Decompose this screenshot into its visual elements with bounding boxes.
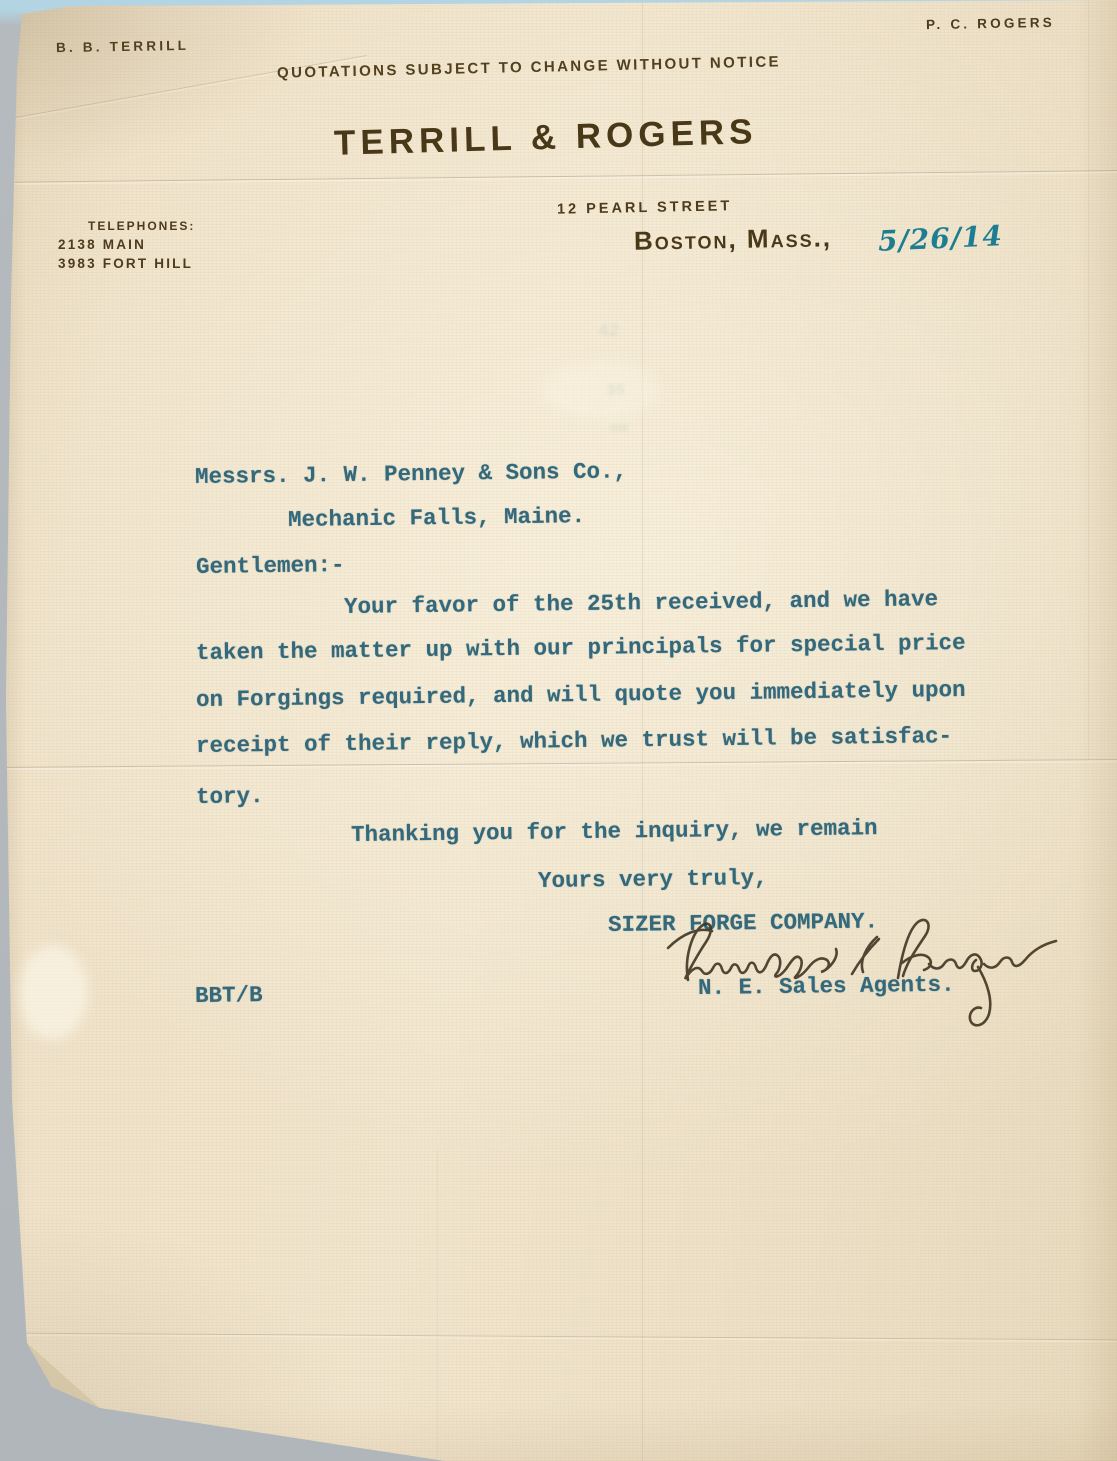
telephone-number: 3983 FORT HILL bbox=[58, 256, 193, 271]
scanned-letter-view: 42 35 em B. B. TERRILL P. C. ROGERS QUOT… bbox=[0, 0, 1117, 1461]
paper-stain bbox=[18, 945, 88, 1040]
letter-paper: 42 35 em B. B. TERRILL P. C. ROGERS QUOT… bbox=[0, 0, 1117, 1461]
salutation: Gentlemen:- bbox=[196, 552, 345, 580]
telephone-number: 2138 MAIN bbox=[58, 237, 146, 252]
agent-line: N. E. Sales Agents. bbox=[698, 972, 955, 1001]
fold-crease-bottom bbox=[0, 1333, 1117, 1343]
partner-name-left: B. B. TERRILL bbox=[56, 38, 189, 55]
ink-bleedthrough: em bbox=[610, 420, 628, 437]
closing-line: Thanking you for the inquiry, we remain bbox=[351, 815, 878, 848]
body-line: tory. bbox=[196, 783, 264, 810]
paper-edge bbox=[0, 8, 6, 158]
body-line: Your favor of the 25th received, and we … bbox=[344, 586, 938, 620]
company-title: TERRILL & ROGERS bbox=[334, 112, 758, 164]
closing-line: Yours very truly, bbox=[538, 865, 768, 894]
typist-reference: BBT/B bbox=[195, 982, 263, 1009]
handwritten-date: 5/26/14 bbox=[877, 219, 1003, 257]
recipient-line: Messrs. J. W. Penney & Sons Co., bbox=[195, 458, 627, 490]
telephones-label: TELEPHONES: bbox=[88, 219, 195, 233]
fold-crease-vertical-right bbox=[1088, 0, 1090, 760]
body-line: receipt of their reply, which we trust w… bbox=[196, 723, 952, 759]
street-address: 12 PEARL STREET bbox=[557, 198, 733, 217]
partner-name-right: P. C. ROGERS bbox=[926, 15, 1055, 32]
body-line: taken the matter up with our principals … bbox=[196, 630, 966, 666]
ink-bleedthrough: 42 bbox=[598, 322, 620, 342]
body-line: on Forgings required, and will quote you… bbox=[196, 677, 966, 713]
signer-company: SIZER FORGE COMPANY. bbox=[608, 908, 878, 938]
ink-bleedthrough: 35 bbox=[606, 382, 625, 400]
quotation-notice: QUOTATIONS SUBJECT TO CHANGE WITHOUT NOT… bbox=[277, 53, 781, 81]
fold-crease-top bbox=[0, 170, 1117, 185]
recipient-line: Mechanic Falls, Maine. bbox=[288, 503, 585, 533]
paper-stain bbox=[540, 360, 660, 420]
fold-crease-vertical-lower-left bbox=[437, 1150, 439, 1461]
fold-crease-middle bbox=[0, 759, 1117, 770]
city-state: Boston, Mass., bbox=[634, 222, 833, 256]
